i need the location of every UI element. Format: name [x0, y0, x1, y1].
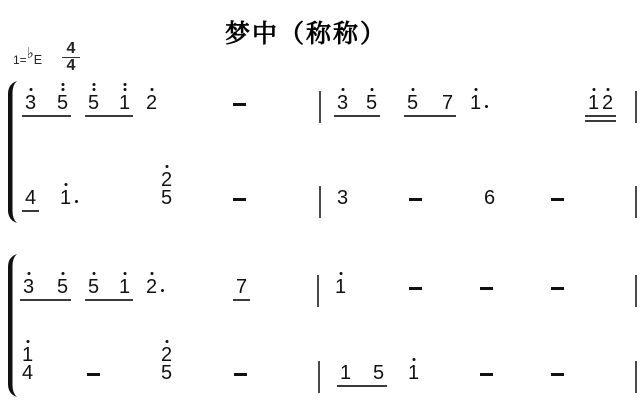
digit-text: 1: [119, 277, 130, 297]
beam-underline: [85, 299, 133, 301]
beam-underline: [585, 120, 616, 122]
digit-text: 1: [408, 363, 419, 383]
octave-dots: [150, 272, 153, 275]
note-digit: 2: [146, 277, 157, 297]
octave-dots: [474, 88, 477, 91]
octave-dots: [341, 88, 344, 91]
system-bracket: [2, 253, 20, 403]
beam-underline: [20, 299, 71, 301]
octave-dot: [92, 88, 95, 91]
octave-dot: [61, 83, 64, 86]
digit-text: 2: [146, 277, 157, 297]
octave-dot: [370, 88, 373, 91]
octave-dots: [123, 272, 126, 275]
note-digit: 1: [119, 93, 130, 113]
note-digit: 5: [57, 277, 68, 297]
octave-dot: [61, 88, 64, 91]
note-digit: 7: [442, 93, 453, 113]
digit-text: 5: [88, 93, 99, 113]
octave-dots: [92, 83, 95, 91]
digit-text: 3: [23, 277, 34, 297]
note-digit: 1: [335, 277, 346, 297]
note-digit: 1: [119, 277, 130, 297]
note-digit: 2: [146, 93, 157, 113]
octave-dot: [150, 88, 153, 91]
octave-dots: [370, 88, 373, 91]
octave-dot: [165, 340, 168, 343]
note-digit: 3: [23, 277, 34, 297]
octave-dots: [165, 340, 168, 343]
octave-dots: [165, 165, 168, 168]
octave-dots: [92, 272, 95, 275]
digit-text: 4: [25, 188, 36, 208]
digit-text: 1: [340, 363, 351, 383]
digit-text: 1: [588, 93, 599, 113]
octave-dots: [592, 88, 595, 91]
octave-dots: [64, 183, 67, 186]
octave-dots: [123, 83, 126, 91]
digit-text: 5: [161, 363, 172, 383]
beam-underline: [585, 115, 616, 117]
note-digit: 3: [337, 93, 348, 113]
octave-dot: [474, 88, 477, 91]
octave-dot: [592, 88, 595, 91]
octave-dot: [29, 88, 32, 91]
score-page: 梦中（称称） 1=♭E 4 4 355123557112412536355127…: [0, 0, 642, 403]
octave-dot: [412, 358, 415, 361]
octave-dot: [26, 340, 29, 343]
octave-dot: [339, 272, 342, 275]
octave-dot: [150, 272, 153, 275]
digit-text: 2: [146, 93, 157, 113]
octave-dot: [341, 88, 344, 91]
note-digit: 4: [25, 188, 36, 208]
note-digit: 5: [407, 93, 418, 113]
duration-dash: [233, 103, 246, 106]
duration-dash: [551, 373, 564, 376]
note-digit: 5: [373, 363, 384, 383]
duration-dash: [480, 373, 493, 376]
barline: [635, 361, 637, 393]
digit-text: 5: [161, 188, 172, 208]
octave-dot: [606, 88, 609, 91]
beam-underline: [404, 115, 456, 117]
octave-dot: [123, 272, 126, 275]
barline: [318, 361, 320, 393]
note-digit: 1: [60, 188, 71, 208]
score-area: 35512355711241253635512711425151: [0, 0, 642, 403]
octave-dots: [29, 88, 32, 91]
note-digit: 7: [236, 277, 247, 297]
octave-dots: [412, 358, 415, 361]
note-digit: 4: [22, 363, 33, 383]
octave-dots: [61, 272, 64, 275]
duration-dash: [234, 373, 247, 376]
octave-dots: [606, 88, 609, 91]
barline: [635, 91, 637, 123]
octave-dots: [339, 272, 342, 275]
digit-text: 5: [57, 93, 68, 113]
note-digit: 5: [161, 363, 172, 383]
duration-dash: [551, 198, 564, 201]
duration-dot: [161, 289, 164, 292]
octave-dot: [123, 83, 126, 86]
note-digit: 5: [366, 93, 377, 113]
digit-text: 5: [366, 93, 377, 113]
octave-dot: [411, 88, 414, 91]
note-digit: 1: [408, 363, 419, 383]
beam-underline: [233, 299, 250, 301]
digit-text: 1: [60, 188, 71, 208]
octave-dot: [27, 272, 30, 275]
digit-text: 7: [442, 93, 453, 113]
beam-underline: [22, 115, 71, 117]
duration-dash: [87, 373, 100, 376]
digit-text: 1: [335, 277, 346, 297]
digit-text: 3: [25, 93, 36, 113]
bracket-icon: [2, 253, 20, 398]
digit-text: 1: [119, 93, 130, 113]
digit-text: 7: [236, 277, 247, 297]
duration-dash: [233, 198, 246, 201]
octave-dot: [61, 272, 64, 275]
duration-dot: [485, 105, 488, 108]
beam-underline: [337, 385, 387, 387]
barline: [319, 91, 321, 123]
note-digit: 1: [588, 93, 599, 113]
barline: [319, 186, 321, 218]
octave-dots: [61, 83, 64, 91]
digit-text: 5: [407, 93, 418, 113]
note-digit: 2: [602, 93, 613, 113]
digit-text: 5: [57, 277, 68, 297]
note-digit: 3: [25, 93, 36, 113]
octave-dot: [123, 88, 126, 91]
note-digit: 1: [470, 93, 481, 113]
beam-underline: [85, 115, 133, 117]
octave-dots: [411, 88, 414, 91]
digit-text: 4: [22, 363, 33, 383]
octave-dots: [26, 340, 29, 343]
digit-text: 5: [373, 363, 384, 383]
octave-dot: [92, 83, 95, 86]
duration-dash: [409, 198, 422, 201]
octave-dots: [150, 88, 153, 91]
note-digit: 5: [88, 277, 99, 297]
digit-text: 3: [337, 93, 348, 113]
note-digit: 5: [88, 93, 99, 113]
digit-text: 5: [88, 277, 99, 297]
barline: [635, 186, 637, 218]
system-bracket: [2, 80, 20, 229]
duration-dash: [409, 287, 422, 290]
beam-underline: [334, 115, 380, 117]
octave-dot: [165, 165, 168, 168]
digit-text: 2: [602, 93, 613, 113]
octave-dot: [64, 183, 67, 186]
digit-text: 3: [337, 188, 348, 208]
note-digit: 3: [337, 188, 348, 208]
note-digit: 5: [57, 93, 68, 113]
barline: [635, 275, 637, 307]
octave-dots: [27, 272, 30, 275]
duration-dot: [75, 200, 78, 203]
digit-text: 1: [470, 93, 481, 113]
bracket-icon: [2, 80, 20, 224]
barline: [317, 275, 319, 307]
duration-dash: [480, 287, 493, 290]
digit-text: 6: [484, 188, 495, 208]
octave-dot: [92, 272, 95, 275]
beam-underline: [22, 210, 39, 212]
duration-dash: [551, 287, 564, 290]
note-digit: 5: [161, 188, 172, 208]
note-digit: 6: [484, 188, 495, 208]
note-digit: 1: [340, 363, 351, 383]
